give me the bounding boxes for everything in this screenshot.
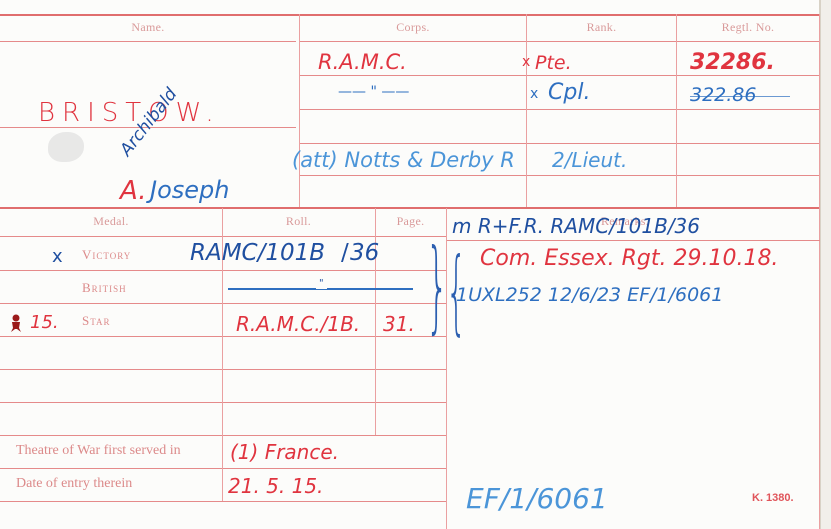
rule: [300, 143, 820, 144]
rule: [0, 236, 446, 237]
star-mark: 15.: [30, 312, 59, 333]
entry-date-label: Date of entry therein: [16, 476, 132, 492]
entry-date-value: 21. 5. 15.: [228, 474, 323, 498]
star-roll: R.A.M.C./1B.: [236, 312, 360, 336]
ink-smudge: [48, 132, 84, 162]
header-corps: Corps.: [300, 20, 526, 35]
rule: [300, 175, 820, 176]
victory-roll: RAMC/101B: [190, 240, 325, 266]
regt-no-2: 322.86: [690, 84, 756, 106]
rank-3: 2/Lieut.: [552, 148, 627, 172]
header-roll: Roll.: [222, 214, 375, 229]
remarks-line-2: Com. Essex. Rgt. 29.10.18.: [480, 246, 778, 271]
star-page: 31.: [383, 312, 415, 336]
victory-page: 36: [350, 240, 379, 266]
card-margin: [821, 0, 831, 529]
rank-2-mark: x: [530, 86, 538, 102]
regt-no-1: 32286.: [690, 50, 775, 75]
given-name: Joseph: [150, 176, 229, 204]
rule-mid: [0, 207, 820, 209]
medal-star-label: Star: [82, 313, 111, 329]
surname: BRISTOW.: [38, 98, 221, 128]
roll-slash: /: [341, 240, 349, 266]
rule: [0, 501, 446, 502]
strikethrough: [690, 96, 790, 97]
rank-1-mark: x: [522, 54, 530, 70]
header-regt-no: Regtl. No.: [677, 20, 819, 35]
bracket-icon: }: [426, 236, 448, 336]
rank-1: Pte.: [535, 52, 572, 74]
col-divider: [676, 14, 677, 207]
corps-2-ditto: —— " ——: [338, 84, 409, 100]
remarks-line-1: m R+F.R. RAMC/101B/36: [452, 214, 700, 238]
victory-mark: x: [52, 246, 63, 267]
rule: [300, 41, 820, 42]
rule: [0, 402, 446, 403]
header-rank: Rank.: [527, 20, 676, 35]
theatre-value: (1) France.: [230, 440, 339, 464]
rule: [0, 435, 446, 436]
col-divider: [526, 14, 527, 207]
medal-british-label: British: [82, 280, 127, 296]
theatre-label: Theatre of War first served in: [16, 443, 181, 459]
medal-victory-label: Victory: [82, 247, 131, 263]
ditto-mark: ": [316, 278, 327, 289]
rule: [0, 369, 446, 370]
rule: [0, 336, 446, 337]
header-name: Name.: [0, 20, 296, 35]
header-medal: Medal.: [0, 214, 222, 229]
card-right-border: [819, 14, 820, 529]
col-divider: [299, 14, 300, 207]
rule: [0, 303, 446, 304]
rule: [300, 75, 820, 76]
remarks-line-3: 1UXL252 12/6/23 EF/1/6061: [456, 284, 723, 306]
rule: [300, 109, 820, 110]
medal-index-card: Name. Corps. Rank. Regtl. No. BRISTOW. A…: [0, 0, 831, 529]
rule: [0, 468, 446, 469]
rule: [446, 240, 820, 241]
corps-3: (att) Notts & Derby R: [292, 148, 515, 172]
rank-2: Cpl.: [548, 80, 590, 105]
rule-top: [0, 14, 820, 16]
initial: A.: [120, 176, 147, 206]
rule: [0, 270, 446, 271]
footer-reference: EF/1/6061: [466, 482, 608, 515]
star-figure-icon: [10, 314, 22, 332]
rule: [0, 41, 296, 42]
form-number: K. 1380.: [752, 492, 794, 504]
corps-1: R.A.M.C.: [318, 50, 407, 74]
